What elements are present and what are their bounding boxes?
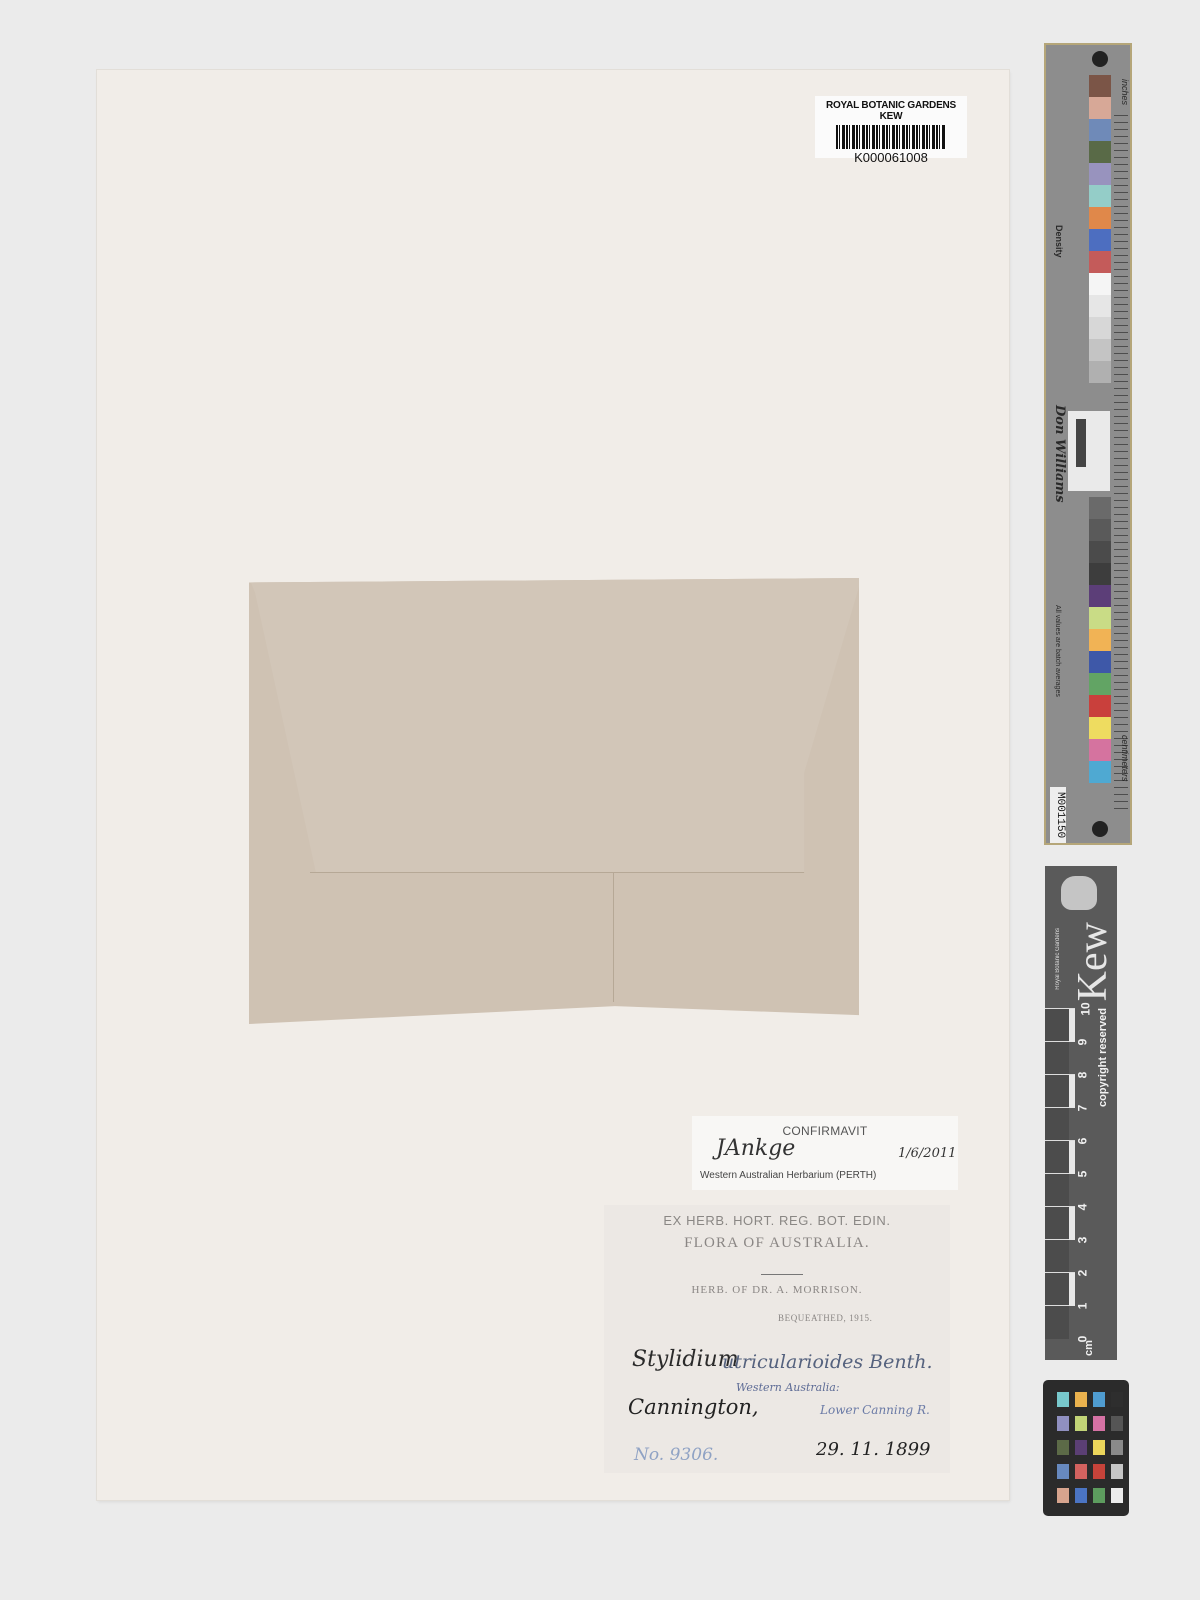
ruler-ticks — [1114, 115, 1128, 815]
scale-number: 6 — [1075, 1138, 1089, 1145]
cm-unit: cm — [1083, 1340, 1095, 1356]
color-patch — [1089, 585, 1111, 607]
density-label: Density — [1054, 225, 1064, 258]
label-herb-line: EX HERB. HORT. REG. BOT. EDIN. — [604, 1213, 950, 1228]
scale-number: 9 — [1075, 1039, 1089, 1046]
color-swatch — [1093, 1464, 1105, 1479]
color-patch — [1089, 761, 1111, 783]
species-name: utricularioides Benth. — [722, 1351, 933, 1373]
scale-segment — [1045, 1239, 1069, 1273]
color-patch — [1089, 361, 1111, 383]
color-swatch — [1093, 1392, 1105, 1407]
color-patch — [1089, 273, 1111, 295]
specimen-envelope — [249, 578, 859, 1024]
color-swatch — [1093, 1440, 1105, 1455]
color-patch — [1089, 519, 1111, 541]
color-checker — [1043, 1380, 1129, 1516]
cm-scale: 109876543210 — [1045, 1008, 1075, 1348]
color-patch — [1089, 229, 1111, 251]
brand-name: Don Williams — [1052, 405, 1067, 503]
scale-segment — [1045, 1041, 1069, 1075]
color-swatch — [1075, 1464, 1087, 1479]
color-patch — [1089, 651, 1111, 673]
color-swatch — [1075, 1416, 1087, 1431]
scale-segment — [1045, 1173, 1069, 1207]
copyright-text: copyright reserved — [1097, 1008, 1109, 1107]
color-patch — [1089, 163, 1111, 185]
scale-number: 7 — [1075, 1105, 1089, 1112]
ruler-hole — [1092, 51, 1108, 67]
barcode-bars — [836, 125, 946, 149]
color-swatch — [1093, 1416, 1105, 1431]
region: Western Australia: — [736, 1381, 840, 1394]
scale-number: 8 — [1075, 1072, 1089, 1079]
scale-number: 1 — [1075, 1303, 1089, 1310]
color-patch — [1089, 119, 1111, 141]
color-swatch — [1111, 1416, 1123, 1431]
color-patch — [1089, 97, 1111, 119]
label-bequest-line: BEQUEATHED, 1915. — [778, 1313, 872, 1323]
scale-number: 10 — [1079, 1002, 1093, 1015]
color-swatch — [1111, 1464, 1123, 1479]
color-patch — [1089, 295, 1111, 317]
color-patch — [1089, 695, 1111, 717]
ruler-id: M001150 — [1050, 787, 1066, 843]
color-patch — [1089, 185, 1111, 207]
scale-segment — [1045, 1074, 1069, 1108]
color-swatch — [1057, 1488, 1069, 1503]
envelope-seam — [310, 872, 804, 873]
label-divider — [761, 1274, 803, 1275]
color-patch — [1089, 563, 1111, 585]
kew-subtitle: Royal Botanic Gardens — [1055, 928, 1061, 990]
ruler-hole — [1092, 821, 1108, 837]
color-patch — [1089, 251, 1111, 273]
color-ruler: inches centimeters Density Don Williams … — [1044, 43, 1132, 845]
color-patch — [1089, 207, 1111, 229]
label-flora-line: FLORA OF AUSTRALIA. — [604, 1235, 950, 1252]
herbarium-name: Western Australian Herbarium (PERTH) — [700, 1170, 876, 1181]
color-patch — [1089, 339, 1111, 361]
color-patch — [1089, 739, 1111, 761]
color-swatch — [1093, 1488, 1105, 1503]
kew-scale-bar: Royal Botanic Gardens Kew copyright rese… — [1045, 866, 1117, 1360]
color-patch — [1089, 717, 1111, 739]
scale-segment-white — [1069, 1140, 1075, 1174]
color-patch — [1089, 141, 1111, 163]
scale-segment — [1045, 1107, 1069, 1141]
kew-logo: Kew — [1069, 922, 1117, 1001]
barcode-number: K000061008 — [815, 150, 967, 165]
scale-segment-white — [1069, 1008, 1075, 1042]
confirmavit-date: 1/6/2011 — [898, 1146, 956, 1161]
scale-segment — [1045, 1272, 1069, 1306]
scale-segment — [1045, 1305, 1069, 1339]
scale-segment-white — [1069, 1206, 1075, 1240]
unit-inches: inches — [1120, 79, 1130, 105]
scale-number: 3 — [1075, 1237, 1089, 1244]
color-patch — [1089, 317, 1111, 339]
color-swatch — [1057, 1464, 1069, 1479]
color-patch — [1089, 673, 1111, 695]
color-patch — [1089, 75, 1111, 97]
ruler-footnote: All values are batch averages — [1054, 605, 1061, 697]
scale-number: 2 — [1075, 1270, 1089, 1277]
color-swatch — [1057, 1416, 1069, 1431]
locality-note: Lower Canning R. — [820, 1403, 930, 1417]
color-swatch — [1075, 1488, 1087, 1503]
color-swatch — [1075, 1440, 1087, 1455]
scale-segment — [1045, 1140, 1069, 1174]
color-swatch — [1111, 1440, 1123, 1455]
scale-number: 4 — [1075, 1204, 1089, 1211]
envelope-seam — [613, 872, 614, 1001]
determination-label: EX HERB. HORT. REG. BOT. EDIN. FLORA OF … — [604, 1205, 950, 1473]
signature: JAnkge — [716, 1136, 795, 1161]
scale-segment — [1045, 1206, 1069, 1240]
color-patch — [1089, 541, 1111, 563]
color-patch — [1089, 607, 1111, 629]
confirmavit-label: CONFIRMAVIT JAnkge 1/6/2011 Western Aust… — [692, 1116, 958, 1190]
color-swatch — [1111, 1392, 1123, 1407]
specimen-number: No. 9306. — [634, 1445, 718, 1465]
scale-segment-white — [1069, 1074, 1075, 1108]
label-collector-line: HERB. OF DR. A. MORRISON. — [604, 1284, 950, 1296]
color-patch — [1089, 497, 1111, 519]
scale-number: 5 — [1075, 1171, 1089, 1178]
collection-date: 29. 11. 1899 — [816, 1439, 931, 1460]
scale-segment-white — [1069, 1272, 1075, 1306]
barcode-label: ROYAL BOTANIC GARDENS KEW K000061008 — [815, 96, 967, 158]
color-swatch — [1057, 1440, 1069, 1455]
gray-card — [1068, 411, 1110, 491]
color-swatch — [1057, 1392, 1069, 1407]
color-patch — [1089, 629, 1111, 651]
kew-crest-icon — [1061, 876, 1097, 910]
envelope-flap — [249, 578, 859, 873]
color-swatch — [1111, 1488, 1123, 1503]
institution-name: ROYAL BOTANIC GARDENS KEW — [815, 100, 967, 122]
color-swatch — [1075, 1392, 1087, 1407]
scale-segment — [1045, 1008, 1069, 1042]
locality: Cannington, — [628, 1395, 759, 1419]
